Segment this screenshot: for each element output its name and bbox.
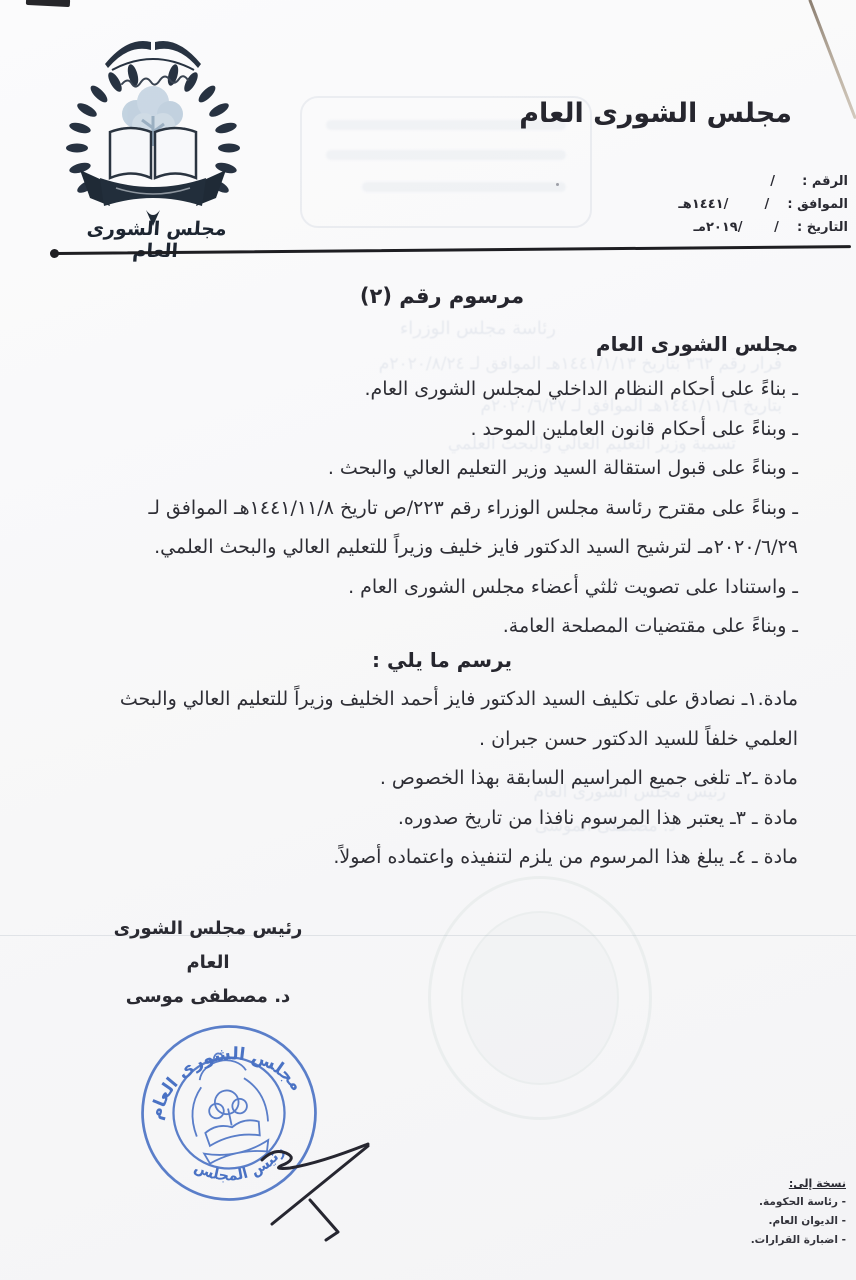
preamble-clause: ـ بناءً على أحكام النظام الداخلي لمجلس ا… [86, 370, 798, 410]
signature-scribble-icon [252, 1136, 392, 1246]
page-fold-line [808, 0, 856, 119]
council-emblem-icon [48, 28, 258, 228]
decree-body: مرسوم رقم (٢) مجلس الشورى العام ـ بناءً … [86, 276, 798, 878]
crown-wings-icon [105, 41, 201, 68]
meta-gregorian-date: التاريخ : / /٢٠١٩مـ [678, 216, 848, 239]
signatory-title: رئيس مجلس الشورى العام [103, 912, 313, 980]
article-line: مادة ـ ٣ـ يعتبر هذا المرسوم نافذا من تار… [86, 799, 798, 839]
distribution-list: نسخة إلى: - رئاسة الحكومة. - الديوان الع… [751, 1174, 846, 1250]
article-line: مادة ـ ٤ـ يبلغ هذا المرسوم من يلزم لتنفي… [86, 838, 798, 878]
preamble-clause: ـ واستنادا على تصويت ثلثي أعضاء مجلس الش… [86, 568, 798, 608]
logo-caption: مجلس الشورى العام [60, 218, 251, 262]
document-meta: الرقم : / الموافق : / /١٤٤١هـ التاريخ : … [678, 170, 848, 239]
article-line: مادة.١ـ نصادق على تكليف السيد الدكتور فا… [86, 680, 798, 759]
preamble-clause: ـ وبناءً على مقترح رئاسة مجلس الوزراء رق… [86, 489, 798, 568]
distribution-item: - الديوان العام. [751, 1212, 846, 1231]
scan-corner-mark [26, 0, 70, 7]
decree-title: مرسوم رقم (٢) [86, 276, 798, 316]
issuer-line: مجلس الشورى العام [86, 324, 798, 364]
faded-stamp-line [362, 182, 566, 192]
bleed-through-seal [428, 876, 652, 1120]
preamble-clause: ـ وبناءً على قبول استقالة السيد وزير الت… [86, 449, 798, 489]
article-line: مادة ـ٢ـ تلغى جميع المراسيم السابقة بهذا… [86, 759, 798, 799]
crown-arc [112, 59, 194, 70]
preamble: ـ بناءً على أحكام النظام الداخلي لمجلس ا… [86, 370, 798, 647]
signature-block: رئيس مجلس الشورى العام د. مصطفى موسى [103, 912, 313, 1014]
distribution-heading: نسخة إلى: [751, 1174, 846, 1193]
bleed-through-seal-inner [461, 911, 619, 1085]
articles: مادة.١ـ نصادق على تكليف السيد الدكتور فا… [86, 680, 798, 878]
distribution-item: - رئاسة الحكومة. [751, 1193, 846, 1212]
meta-hijri-date: الموافق : / /١٤٤١هـ [678, 193, 848, 216]
faded-stamp-line [326, 150, 566, 160]
meta-number: الرقم : / [678, 170, 848, 193]
preamble-clause: ـ وبناءً على أحكام قانون العاملين الموحد… [86, 410, 798, 450]
org-title: مجلس الشورى العام [519, 98, 792, 129]
divider-dot [50, 249, 59, 258]
distribution-item: - اضبارة القرارات. [751, 1231, 846, 1250]
scanned-decree-page: مجلس الشورى العام مجلس الشورى العام الرق… [0, 0, 856, 1280]
